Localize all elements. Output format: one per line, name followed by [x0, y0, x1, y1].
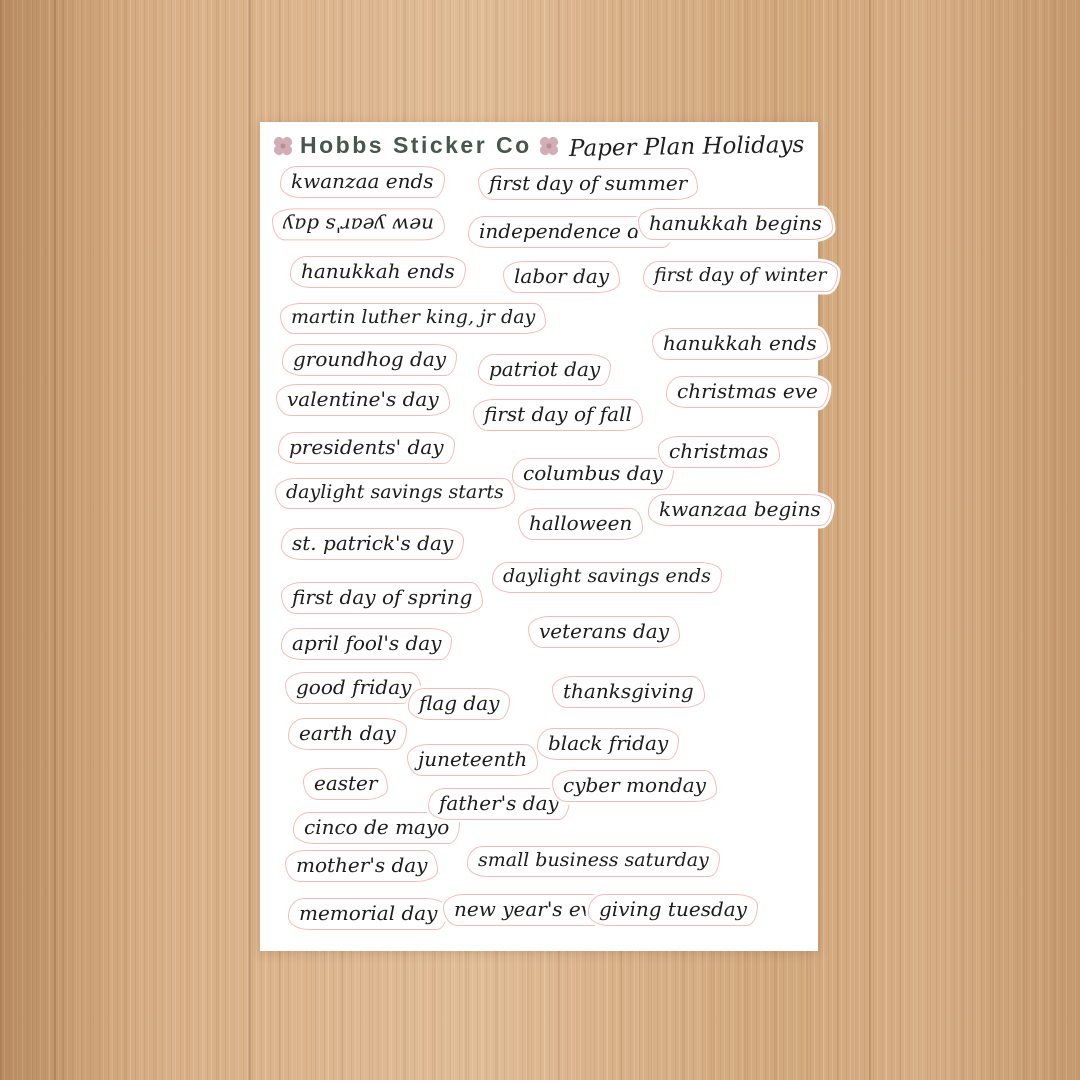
sticker-hanukkah-ends: hanukkah ends [290, 256, 466, 288]
flower-icon [536, 133, 562, 159]
sticker-halloween: halloween [518, 508, 643, 540]
sticker-easter: easter [303, 768, 388, 800]
sticker-black-friday: black friday [537, 728, 679, 760]
sticker-hanukkah-ends-2: hanukkah ends [652, 328, 828, 360]
sticker-good-friday: good friday [285, 672, 422, 704]
sticker-mothers-day: mother's day [285, 850, 438, 882]
sticker-first-day-of-winter: first day of winter [643, 261, 838, 292]
sticker-christmas-eve: christmas eve [666, 376, 829, 408]
sticker-cyber-monday: cyber monday [552, 770, 717, 802]
sticker-earth-day: earth day [288, 718, 407, 750]
sticker-valentines-day: valentine's day [276, 384, 450, 416]
brand-name: Hobbs Sticker Co [300, 132, 532, 159]
sticker-thanksgiving: thanksgiving [552, 676, 705, 708]
flower-icon [270, 133, 296, 159]
sticker-flag-day: flag day [408, 688, 510, 720]
sticker-first-day-of-fall: first day of fall [473, 399, 643, 431]
sticker-sheet: Hobbs Sticker Co Paper Plan Holidays kwa… [260, 122, 818, 951]
sticker-st-patricks-day: st. patrick's day [281, 528, 464, 560]
sticker-mlk-jr-day: martin luther king, jr day [280, 303, 546, 334]
sticker-christmas: christmas [658, 436, 780, 468]
sticker-daylight-savings-starts: daylight savings starts [275, 478, 515, 509]
sticker-labor-day: labor day [503, 261, 620, 293]
sticker-giving-tuesday: giving tuesday [588, 894, 758, 926]
sticker-hanukkah-begins: hanukkah begins [638, 208, 833, 240]
sticker-kwanzaa-begins: kwanzaa begins [648, 494, 832, 526]
sticker-daylight-savings-ends: daylight savings ends [492, 562, 722, 593]
sticker-patriot-day: patriot day [478, 354, 611, 386]
sticker-first-day-of-summer: first day of summer [478, 168, 698, 200]
sticker-small-business-saturday: small business saturday [467, 846, 720, 877]
sticker-kwanzaa-ends: kwanzaa ends [280, 166, 445, 198]
brand-header: Hobbs Sticker Co [270, 132, 562, 159]
sticker-groundhog-day: groundhog day [282, 344, 457, 376]
collection-title: Paper Plan Holidays [568, 132, 804, 162]
sticker-juneteenth: juneteenth [407, 744, 538, 776]
sticker-columbus-day: columbus day [512, 458, 674, 490]
sticker-memorial-day: memorial day [288, 898, 448, 930]
sticker-presidents-day: presidents' day [278, 432, 455, 464]
sticker-veterans-day: veterans day [528, 616, 680, 648]
sticker-first-day-of-spring: first day of spring [281, 582, 483, 614]
sticker-new-years-day: new year's day [272, 208, 445, 240]
sticker-april-fools-day: april fool's day [281, 628, 452, 660]
sticker-fathers-day: father's day [428, 788, 570, 820]
